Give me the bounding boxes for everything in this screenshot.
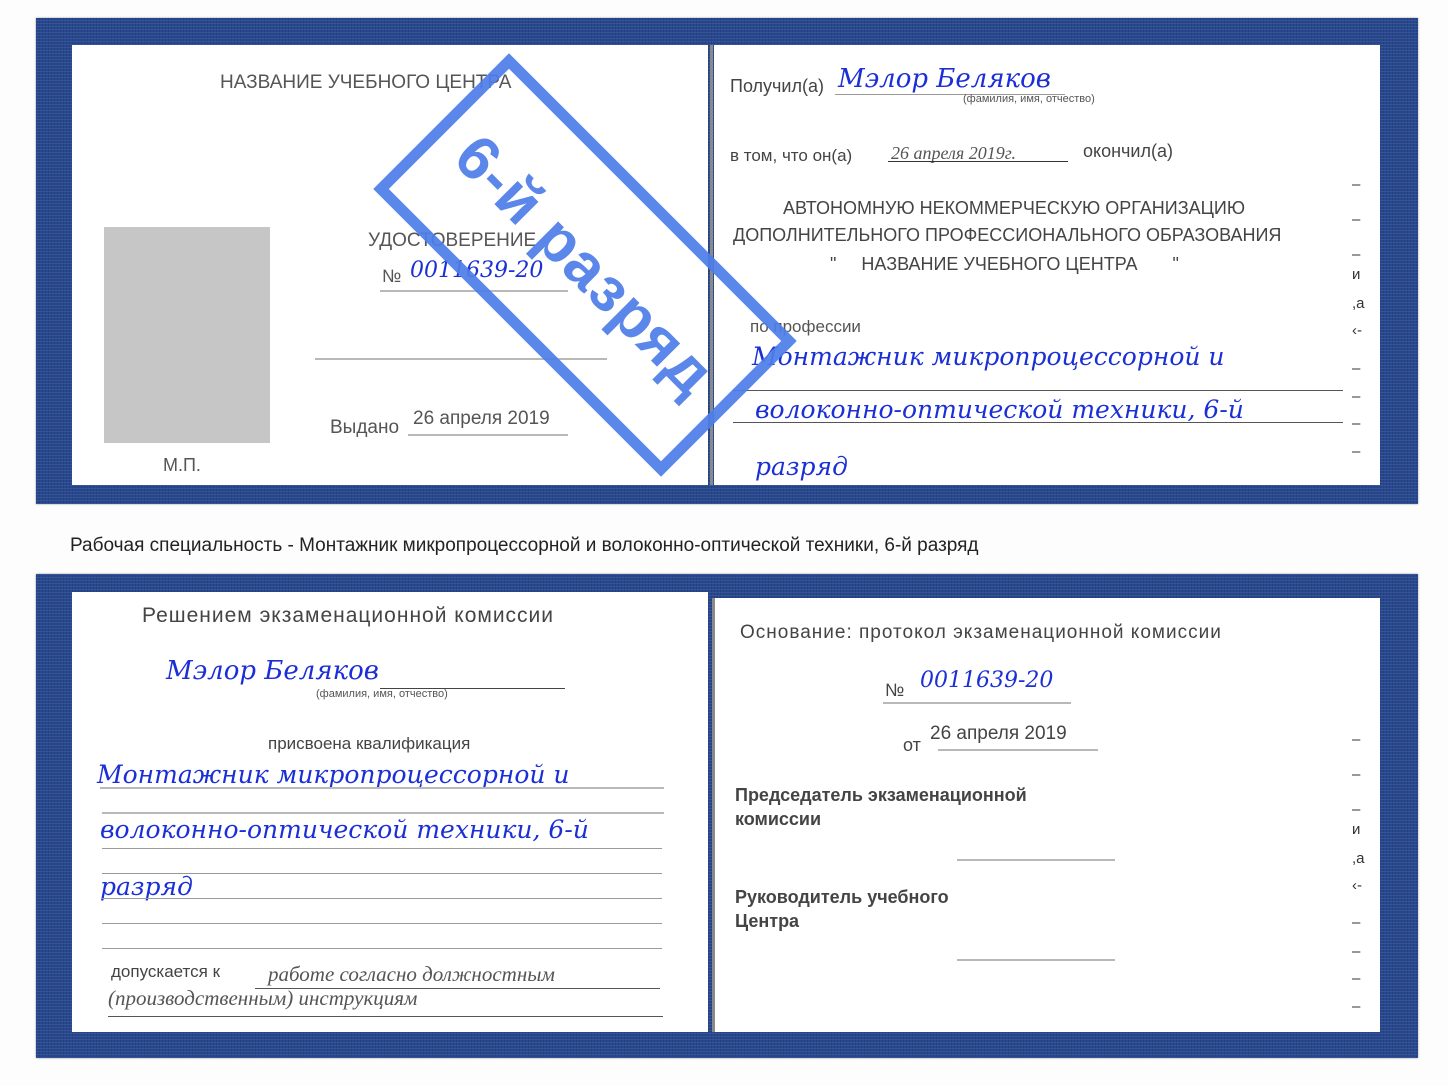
qualification-underline-1 [100, 787, 664, 789]
basis-title: Основание: протокол экзаменационной коми… [740, 622, 1222, 644]
org-line-2: ДОПОЛНИТЕЛЬНОГО ПРОФЕССИОНАЛЬНОГО ОБРАЗО… [733, 225, 1281, 246]
edge-mark: – [1352, 246, 1360, 263]
admitted-line-1: работе согласно должностным [268, 962, 555, 987]
seal-label: М.П. [163, 455, 201, 476]
number-prefix: № [382, 266, 401, 287]
edge-mark: ,а [1352, 850, 1365, 867]
edge-mark: – [1352, 766, 1360, 783]
qualification-line-2: волоконно-оптической техники, 6-й [100, 815, 589, 844]
admitted-label: допускается к [111, 962, 220, 982]
profession-underline-2 [733, 422, 1343, 423]
photo-placeholder [104, 227, 270, 443]
org-line-3: " НАЗВАНИЕ УЧЕБНОГО ЦЕНТРА " [830, 254, 1179, 275]
recipient-name: Мэлор Беляков [838, 64, 1051, 94]
profession-line-1: Монтажник микропроцессорной и [752, 342, 1225, 371]
qualification-line-1: Монтажник микропроцессорной и [97, 760, 570, 789]
admitted-underline-2 [108, 1016, 663, 1017]
protocol-number-prefix: № [885, 680, 904, 701]
received-label: Получил(а) [730, 76, 824, 97]
issued-label: Выдано [330, 417, 399, 439]
protocol-number: 0011639-20 [920, 668, 1053, 693]
profession-line-2: волоконно-оптической техники, 6-й [755, 395, 1244, 424]
specialty-caption: Рабочая специальность - Монтажник микроп… [70, 532, 1170, 560]
edge-mark: и [1352, 266, 1360, 283]
org-line-1: АВТОНОМНУЮ НЕКОММЕРЧЕСКУЮ ОРГАНИЗАЦИЮ [783, 198, 1245, 219]
edge-mark: – [1352, 914, 1360, 931]
qualification-line-3: разряд [100, 872, 193, 901]
edge-mark: – [1352, 360, 1360, 377]
issued-underline [408, 434, 568, 436]
edge-mark: – [1352, 388, 1360, 405]
bottom-name-hint: (фамилия, имя, отчество) [316, 688, 448, 700]
qualification-underline-5 [102, 898, 662, 899]
completed-suffix: окончил(а) [1083, 141, 1173, 162]
protocol-date-prefix: от [903, 735, 921, 756]
edge-mark: ‹- [1352, 877, 1362, 894]
qualification-underline-2 [102, 812, 664, 814]
bottom-spine [712, 598, 715, 1032]
edge-mark: – [1352, 801, 1360, 818]
chairman-label-2: комиссии [735, 809, 821, 830]
qualification-label: присвоена квалификация [268, 734, 470, 754]
head-label-2: Центра [735, 911, 799, 932]
bottom-recipient-name: Мэлор Беляков [166, 656, 379, 686]
edge-mark: – [1352, 731, 1360, 748]
admitted-line-2: (производственным) инструкциям [108, 986, 417, 1011]
completed-prefix: в том, что он(а) [730, 146, 852, 166]
head-signature-line [957, 959, 1115, 961]
completed-underline [888, 161, 1068, 162]
issued-date: 26 апреля 2019 [413, 408, 550, 430]
head-label-1: Руководитель учебного [735, 887, 949, 908]
qualification-underline-7 [102, 948, 662, 949]
edge-mark: ,а [1352, 295, 1365, 312]
edge-mark: – [1352, 415, 1360, 432]
edge-mark: – [1352, 998, 1360, 1015]
edge-mark: ‹- [1352, 322, 1362, 339]
edge-mark: – [1352, 970, 1360, 987]
profession-underline-1 [733, 390, 1343, 391]
name-hint: (фамилия, имя, отчество) [963, 93, 1095, 105]
protocol-date-underline [938, 749, 1098, 751]
qualification-underline-6 [102, 923, 662, 924]
decision-title: Решением экзаменационной комиссии [142, 604, 554, 628]
protocol-date: 26 апреля 2019 [930, 723, 1067, 745]
edge-mark: – [1352, 211, 1360, 228]
edge-mark: – [1352, 443, 1360, 460]
qualification-underline-3 [102, 848, 662, 849]
center-name: НАЗВАНИЕ УЧЕБНОГО ЦЕНТРА [220, 72, 512, 94]
protocol-number-underline [883, 702, 1071, 704]
chairman-signature-line [957, 859, 1115, 861]
profession-line-3: разряд [755, 452, 848, 481]
edge-mark: – [1352, 943, 1360, 960]
edge-mark: – [1352, 176, 1360, 193]
edge-mark: и [1352, 821, 1360, 838]
chairman-label-1: Председатель экзаменационной [735, 785, 1027, 806]
